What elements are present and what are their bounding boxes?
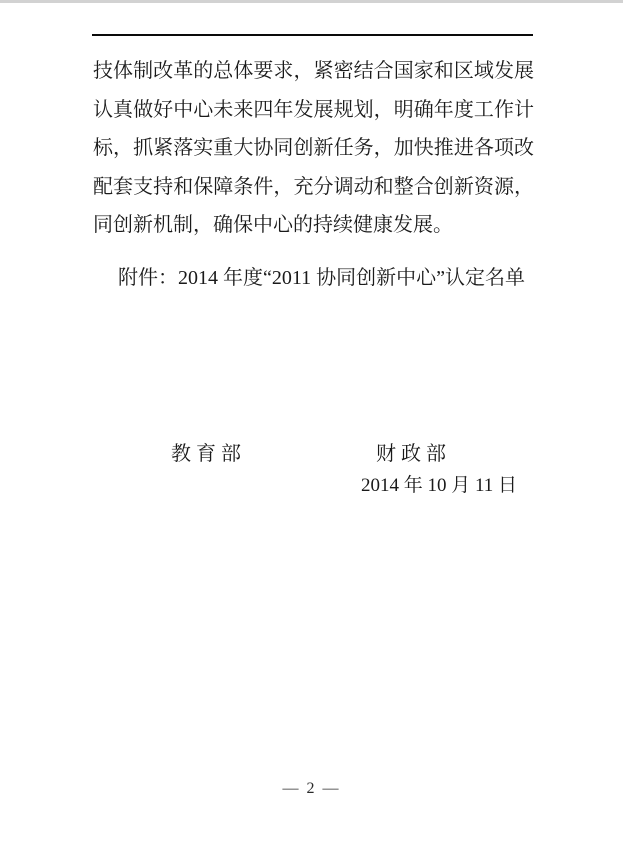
attachment-reference: 附件：2014 年度“2011 协同创新中心”认定名单	[118, 266, 578, 290]
document-page: 技体制改革的总体要求，紧密结合国家和区域发展的重大需求， 认真做好中心未来四年发…	[0, 0, 623, 860]
body-line-5: 同创新机制，确保中心的持续健康发展。	[93, 206, 534, 245]
body-line-1: 技体制改革的总体要求，紧密结合国家和区域发展的重大需求，	[93, 52, 534, 91]
header-separator-rule	[92, 34, 533, 36]
signature-date: 2014 年 10 月 11 日	[361, 470, 517, 497]
body-paragraph: 技体制改革的总体要求，紧密结合国家和区域发展的重大需求， 认真做好中心未来四年发…	[93, 52, 534, 245]
body-line-3: 标，抓紧落实重大协同创新任务，加快推进各项改革措施，加大	[93, 129, 534, 168]
page-number: — 2 —	[0, 780, 623, 798]
body-line-4: 配套支持和保障条件，充分调动和整合创新资源，优化和完善协	[93, 168, 534, 207]
signature-org-education: 教 育 部	[171, 437, 241, 466]
body-line-2: 认真做好中心未来四年发展规划，明确年度工作计划和建设目	[93, 91, 534, 130]
scan-top-edge	[0, 0, 623, 3]
signature-org-finance: 财 政 部	[376, 437, 446, 466]
